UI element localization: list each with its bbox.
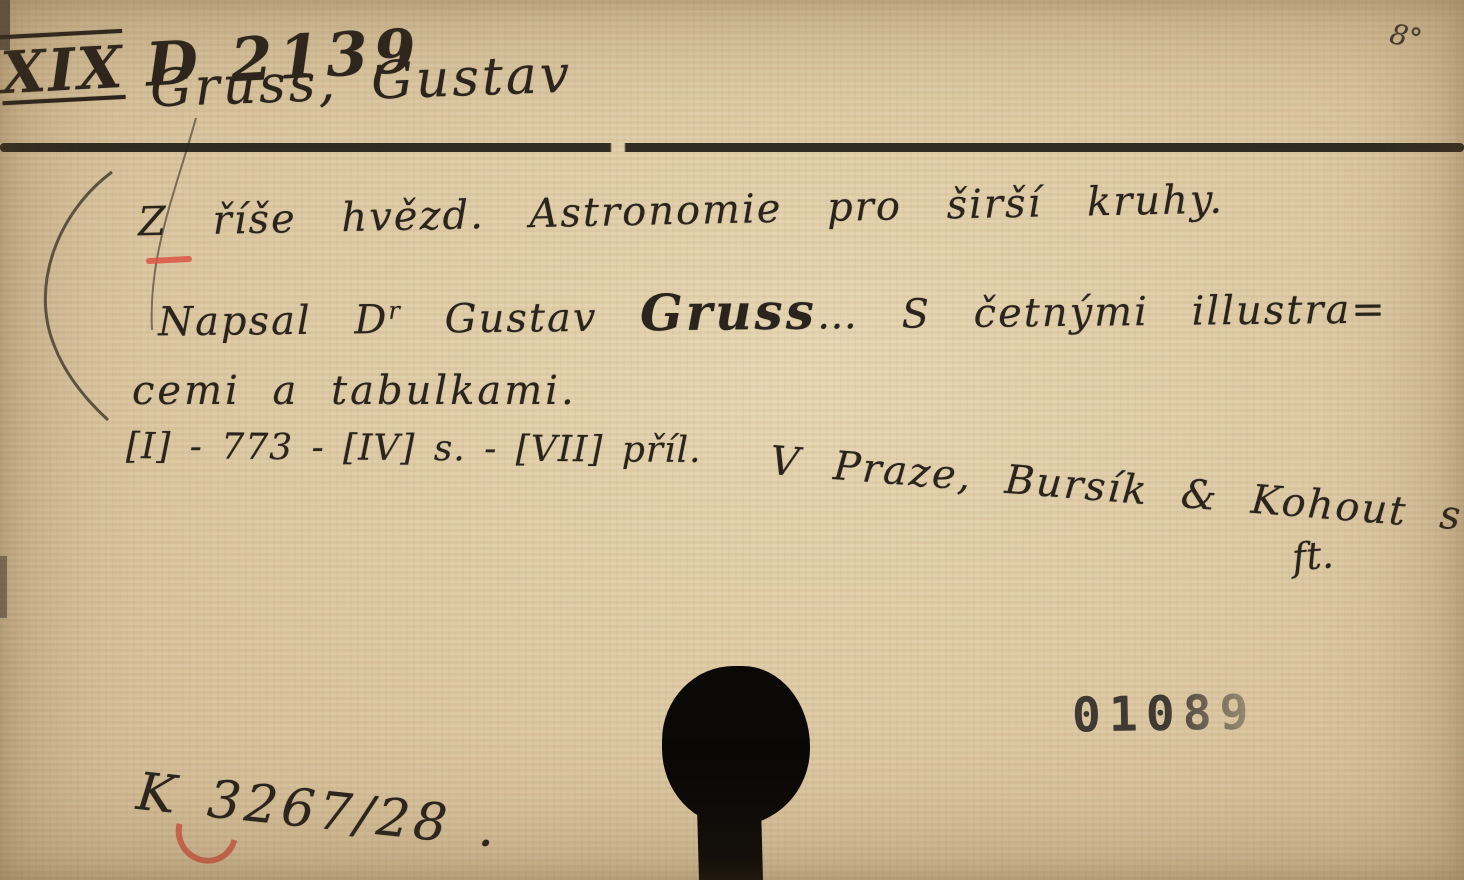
call-number-shelf: D 2139: [144, 16, 423, 100]
red-underline-mark: [146, 256, 192, 264]
call-number: XIX D 2139: [0, 0, 1464, 108]
parenthesis-flourish: [45, 172, 112, 420]
ruled-line: [0, 143, 1464, 152]
scan-edge-artifact: [0, 556, 7, 618]
collation-line: [I] - 773 - [IV] s. - [VII] příl.: [126, 426, 702, 471]
statement-superscript: r: [388, 297, 402, 325]
statement-end: … S četnými illustra=: [817, 287, 1387, 339]
author-name: Gruss: [640, 282, 817, 343]
hole-punch-slot: [697, 803, 763, 880]
statement-continuation: cemi a tabulkami.: [132, 368, 577, 414]
statement-start: Napsal D: [158, 297, 389, 345]
format-mark: 8°: [1387, 17, 1425, 56]
call-number-class: XIX: [0, 33, 126, 107]
imprint-line: V Praze, Bursík & Kohout s. a: [768, 438, 1464, 545]
stamp-number: 01089: [1072, 684, 1257, 743]
library-catalog-card: Gruss, Gustav XIX D 2139 8° Z říše hvězd…: [0, 0, 1464, 880]
imprint-abbreviation: ft.: [1290, 532, 1335, 579]
hole-punch: [662, 666, 810, 826]
title-line: Z říše hvězd. Astronomie pro širší kruhy…: [138, 177, 1225, 246]
statement-of-responsibility: Napsal Dr Gustav Gruss… S četnými illust…: [158, 276, 1387, 348]
statement-before-name: Gustav: [402, 294, 641, 342]
